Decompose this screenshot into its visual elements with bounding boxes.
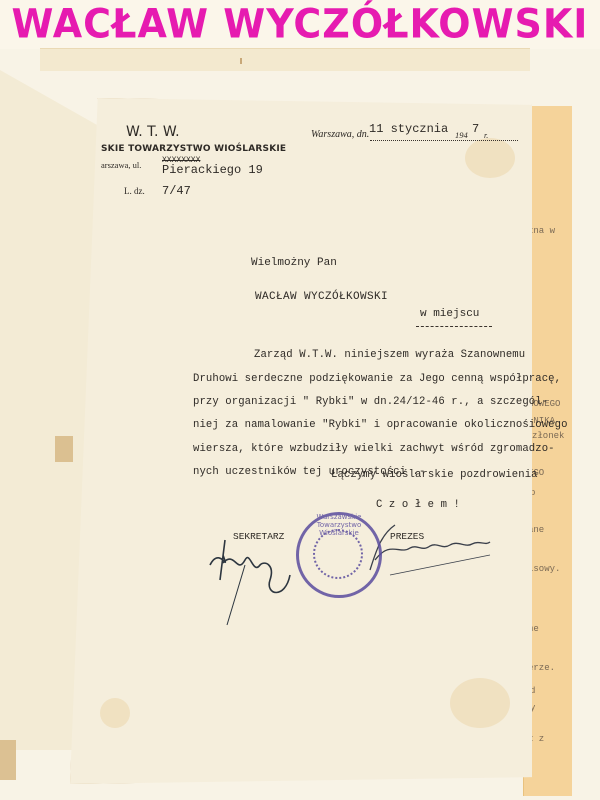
back-fragment: złonek <box>532 431 564 441</box>
regards-line: C z o ł e m ! <box>376 499 460 511</box>
body-line: niej za namalowanie "Rybki" i opracowani… <box>193 419 568 431</box>
stamp-emblem-icon <box>313 529 363 579</box>
back-fragment: isowy. <box>528 564 560 574</box>
date-year-prefix: 194 <box>455 130 468 140</box>
letterhead-address-prefix: arszawa, ul. <box>101 160 141 170</box>
body-line: wiersza, które wzbudziły wielki zachwyt … <box>193 443 555 455</box>
recipient-name: WACŁAW WYCZÓŁKOWSKI <box>255 291 388 303</box>
back-fragment: erze. <box>528 663 555 673</box>
pin-mark <box>240 58 242 64</box>
back-fragment: zna w <box>528 226 555 236</box>
letterhead-address: Pierackiego 19 <box>162 163 263 177</box>
body-line: Zarząd W.T.W. niniejszem wyraża Szanowne… <box>254 349 525 361</box>
tape-piece <box>55 436 73 462</box>
letterhead-org-name: SKIE TOWARZYSTWO WIOŚLARSKIE <box>101 144 286 154</box>
location-line: w miejscu <box>420 308 479 320</box>
date-day-month: 11 stycznia <box>369 122 448 136</box>
body-line: przy organizacji " Rybki" w dn.24/12-46 … <box>193 396 548 408</box>
organization-stamp: Warszawskie Towarzystwo Wioślarskie <box>296 512 382 598</box>
mount-strip <box>40 48 530 71</box>
date-year-suffix: 7 <box>472 122 479 136</box>
letter-sheet <box>70 98 532 784</box>
date-place-label: Warszawa, dn. <box>311 129 369 140</box>
letterhead-abbrev: W. T. W. <box>126 124 180 140</box>
ref-label: L. dz. <box>124 186 145 196</box>
ref-value: 7/47 <box>162 184 191 198</box>
salutation-line: Wielmożny Pan <box>251 257 337 269</box>
tape-piece <box>0 740 16 780</box>
date-r-label: r. <box>484 131 488 140</box>
page-heading: WACŁAW WYCZÓŁKOWSKI <box>0 0 600 49</box>
closing-line: Łączymy wioślarskie pozdrowienia <box>331 469 538 481</box>
body-line: Druhowi serdeczne podziękowanie za Jego … <box>193 373 561 385</box>
